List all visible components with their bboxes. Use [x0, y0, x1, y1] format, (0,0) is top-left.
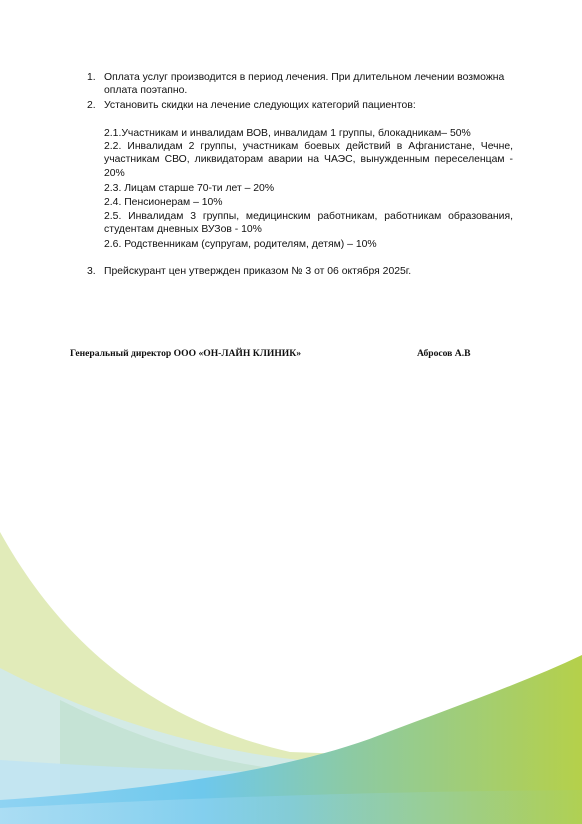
- item-text: Установить скидки на лечение следующих к…: [104, 99, 514, 112]
- discount-2-4: 2.4. Пенсионерам – 10%: [104, 196, 513, 209]
- discount-2-5: 2.5. Инвалидам 3 группы, медицинским раб…: [104, 210, 513, 237]
- item-number: 1.: [87, 71, 96, 84]
- item-text: Прейскурант цен утвержден приказом № 3 о…: [104, 265, 514, 278]
- document-page: 1. Оплата услуг производится в период ле…: [0, 0, 582, 824]
- discount-2-2: 2.2. Инвалидам 2 группы, участникам боев…: [104, 140, 513, 180]
- item-text: Оплата услуг производится в период лечен…: [104, 71, 514, 98]
- signatory-name: Абросов А.В: [417, 347, 471, 360]
- item-number: 2.: [87, 99, 96, 112]
- discount-2-6: 2.6. Родственникам (супругам, родителям,…: [104, 238, 513, 251]
- item-number: 3.: [87, 265, 96, 278]
- signatory-position: Генеральный директор ООО «ОН-ЛАЙН КЛИНИК…: [70, 347, 301, 360]
- discount-2-1: 2.1.Участникам и инвалидам ВОВ, инвалида…: [104, 127, 513, 140]
- discount-2-3: 2.3. Лицам старше 70-ти лет – 20%: [104, 182, 513, 195]
- decorative-waves: [0, 0, 582, 824]
